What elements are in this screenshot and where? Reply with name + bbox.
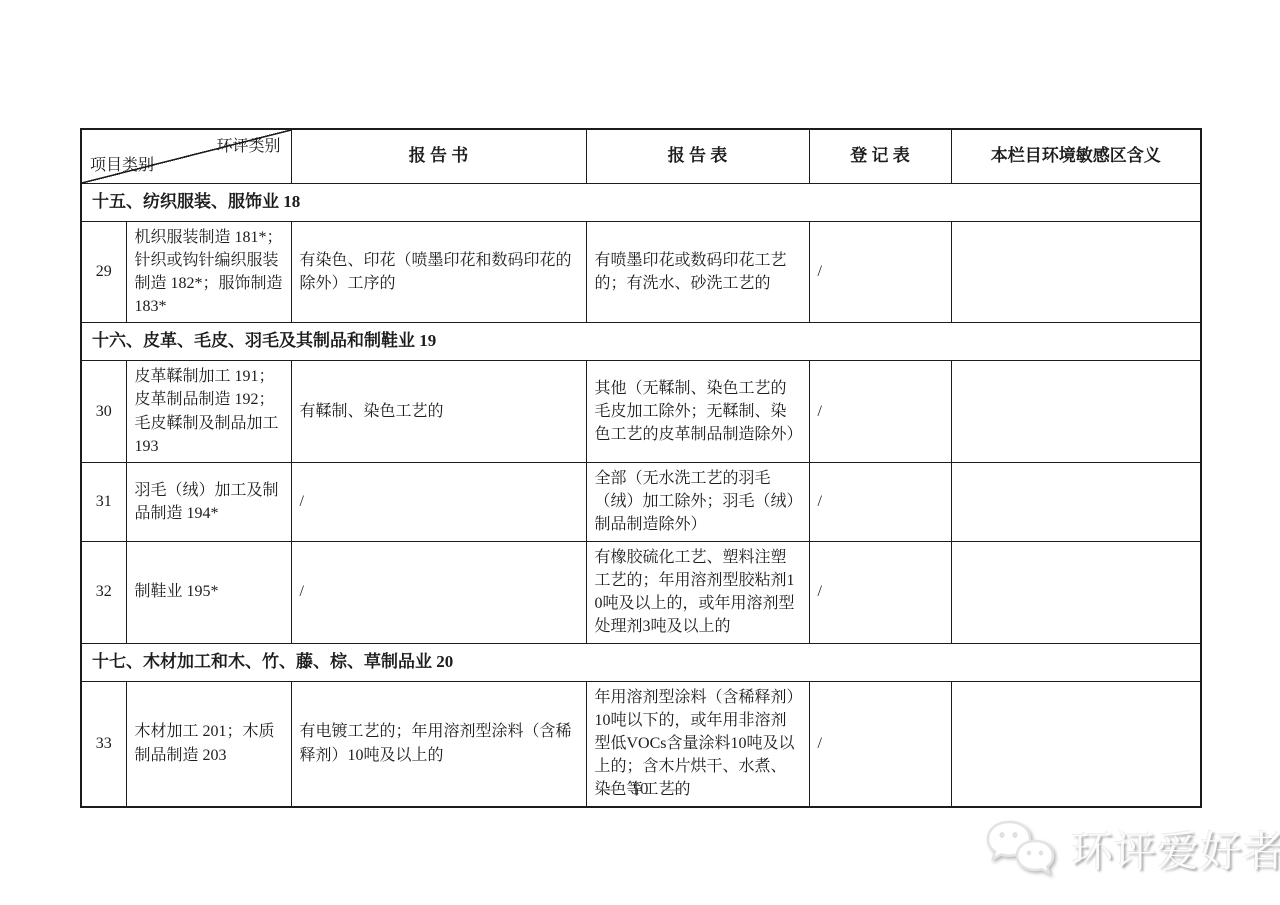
- eia-classification-table: 环评类别 项目类别 报 告 书 报 告 表 登 记 表 本栏目环境敏感区含义 十…: [80, 128, 1202, 808]
- column-header-sensitive-area: 本栏目环境敏感区含义: [951, 129, 1201, 183]
- cell-registration-form: /: [809, 541, 951, 643]
- cell-report-form: 有喷墨印花或数码印花工艺的；有洗水、砂洗工艺的: [586, 221, 809, 323]
- cell-project-category: 制鞋业 195*: [126, 541, 291, 643]
- row-number: 31: [81, 463, 126, 542]
- cell-registration-form: /: [809, 463, 951, 542]
- page-footer: —10—: [0, 779, 1280, 799]
- column-header-report-form: 报 告 表: [586, 129, 809, 183]
- section-row-17: 十七、木材加工和木、竹、藤、棕、草制品业 20: [81, 643, 1201, 681]
- section-row-16: 十六、皮革、毛皮、羽毛及其制品和制鞋业 19: [81, 323, 1201, 361]
- section-row-15: 十五、纺织服装、服饰业 18: [81, 183, 1201, 221]
- section-title: 十五、纺织服装、服饰业 18: [81, 183, 1201, 221]
- corner-label-eia-category: 环评类别: [216, 135, 280, 158]
- cell-registration-form: /: [809, 361, 951, 463]
- table-header-row: 环评类别 项目类别 报 告 书 报 告 表 登 记 表 本栏目环境敏感区含义: [81, 129, 1201, 183]
- column-header-report-book: 报 告 书: [291, 129, 586, 183]
- corner-label-project-category: 项目类别: [90, 154, 154, 177]
- row-number: 30: [81, 361, 126, 463]
- watermark: 环评爱好者网: [983, 816, 1280, 882]
- cell-sensitive-area: [951, 361, 1201, 463]
- table-row-31: 31 羽毛（绒）加工及制品制造 194* / 全部（无水洗工艺的羽毛（绒）加工除…: [81, 463, 1201, 542]
- table-row-29: 29 机织服装制造 181*；针织或钩针编织服装制造 182*；服饰制造 183…: [81, 221, 1201, 323]
- table-row-30: 30 皮革鞣制加工 191；皮革制品制造 192；毛皮鞣制及制品加工 193 有…: [81, 361, 1201, 463]
- wechat-chat-bubbles-icon: [983, 816, 1061, 882]
- cell-report-book: 有染色、印花（喷墨印花和数码印花的除外）工序的: [291, 221, 586, 323]
- cell-report-form: 全部（无水洗工艺的羽毛（绒）加工除外；羽毛（绒）制品制造除外）: [586, 463, 809, 542]
- cell-project-category: 羽毛（绒）加工及制品制造 194*: [126, 463, 291, 542]
- cell-report-form: 有橡胶硫化工艺、塑料注塑工艺的；年用溶剂型胶粘剂10吨及以上的，或年用溶剂型处理…: [586, 541, 809, 643]
- cell-sensitive-area: [951, 463, 1201, 542]
- row-number: 29: [81, 221, 126, 323]
- cell-report-book: /: [291, 541, 586, 643]
- cell-project-category: 机织服装制造 181*；针织或钩针编织服装制造 182*；服饰制造 183*: [126, 221, 291, 323]
- cell-project-category: 皮革鞣制加工 191；皮革制品制造 192；毛皮鞣制及制品加工 193: [126, 361, 291, 463]
- cell-registration-form: /: [809, 221, 951, 323]
- page-number: 10: [632, 779, 649, 798]
- row-number: 32: [81, 541, 126, 643]
- cell-sensitive-area: [951, 541, 1201, 643]
- cell-sensitive-area: [951, 221, 1201, 323]
- cell-report-book: /: [291, 463, 586, 542]
- document-page: 环评类别 项目类别 报 告 书 报 告 表 登 记 表 本栏目环境敏感区含义 十…: [0, 0, 1280, 905]
- footer-dash-left: —: [601, 779, 618, 798]
- section-title: 十六、皮革、毛皮、羽毛及其制品和制鞋业 19: [81, 323, 1201, 361]
- footer-dash-right: —: [663, 779, 680, 798]
- cell-report-book: 有鞣制、染色工艺的: [291, 361, 586, 463]
- section-title: 十七、木材加工和木、竹、藤、棕、草制品业 20: [81, 643, 1201, 681]
- table-row-32: 32 制鞋业 195* / 有橡胶硫化工艺、塑料注塑工艺的；年用溶剂型胶粘剂10…: [81, 541, 1201, 643]
- column-header-registration-form: 登 记 表: [809, 129, 951, 183]
- cell-report-form: 其他（无鞣制、染色工艺的毛皮加工除外；无鞣制、染色工艺的皮革制品制造除外）: [586, 361, 809, 463]
- watermark-text: 环评爱好者网: [1071, 819, 1280, 879]
- corner-header-cell: 环评类别 项目类别: [81, 129, 291, 183]
